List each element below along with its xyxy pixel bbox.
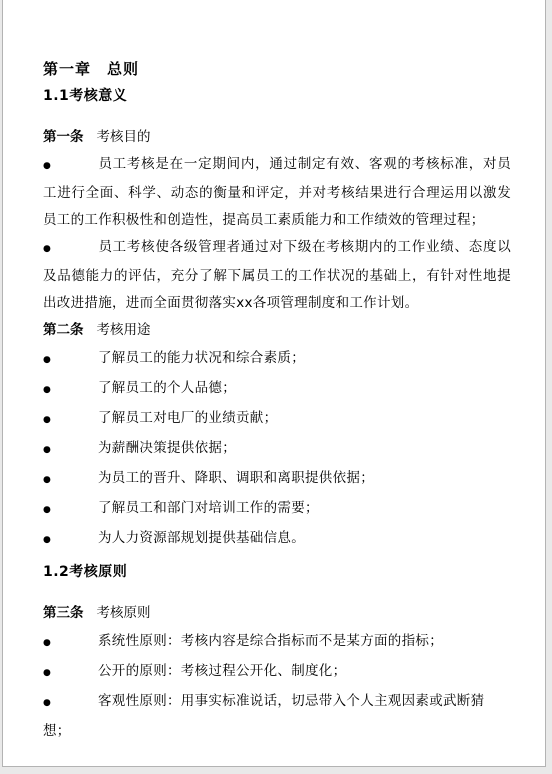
bullet-item: ●公开的原则：考核过程公开化、制度化； [43, 657, 511, 687]
bullet-item: ●了解员工的个人品德； [43, 374, 511, 404]
bullet-icon: ● [43, 376, 98, 404]
bullet-icon: ● [43, 236, 98, 263]
bullet-item: ●为员工的晋升、降职、调职和离职提供依据； [43, 464, 511, 494]
bullet-text: 系统性原则：考核内容是综合指标而不是某方面的指标； [98, 633, 443, 649]
article-label: 第二条 [43, 322, 84, 338]
bullet-icon: ● [43, 153, 98, 180]
bullet-icon: ● [43, 406, 98, 434]
bullet-icon: ● [43, 659, 98, 687]
article-label: 第三条 [43, 605, 84, 621]
bullet-icon: ● [43, 629, 98, 657]
bullet-text: 了解员工的个人品德； [98, 380, 236, 396]
article-title: 考核原则 [97, 605, 151, 621]
bullet-text: 员工考核使各级管理者通过对下级在考核期内的工作业绩、态度以及品德能力的评估，充分… [43, 239, 511, 311]
bullet-item: ●了解员工对电厂的业绩贡献； [43, 404, 511, 434]
bullet-text: 了解员工的能力状况和综合素质； [98, 350, 305, 366]
bullet-text: 了解员工和部门对培训工作的需要； [98, 500, 319, 516]
bullet-text: 员工考核是在一定期间内，通过制定有效、客观的考核标准，对员工进行全面、科学、动态… [43, 156, 511, 228]
article-label: 第一条 [43, 129, 84, 145]
bullet-icon: ● [43, 436, 98, 464]
bullet-icon: ● [43, 346, 98, 374]
bullet-text: 为薪酬决策提供依据； [98, 440, 236, 456]
bullet-icon: ● [43, 466, 98, 494]
bullet-item: ●了解员工的能力状况和综合素质； [43, 344, 511, 374]
bullet-text: 了解员工对电厂的业绩贡献； [98, 410, 277, 426]
bullet-icon: ● [43, 496, 98, 524]
article-heading-3: 第三条考核原则 [43, 600, 511, 627]
bullet-item: ●客观性原则：用事实标准说话，切忌带入个人主观因素或武断猜想； [43, 687, 511, 745]
article-heading-1: 第一条考核目的 [43, 124, 511, 151]
document-page: 第一章 总则 1.1考核意义 第一条考核目的 ●员工考核是在一定期间内，通过制定… [2, 0, 546, 767]
document-content: 第一章 总则 1.1考核意义 第一条考核目的 ●员工考核是在一定期间内，通过制定… [3, 0, 545, 745]
bullet-text: 为人力资源部规划提供基础信息。 [98, 530, 305, 546]
article-title: 考核用途 [97, 322, 151, 338]
bullet-item: ●了解员工和部门对培训工作的需要； [43, 494, 511, 524]
article-title: 考核目的 [97, 129, 151, 145]
bullet-text: 公开的原则：考核过程公开化、制度化； [98, 663, 346, 679]
bullet-item: ●为薪酬决策提供依据； [43, 434, 511, 464]
bullet-text: 为员工的晋升、降职、调职和离职提供依据； [98, 470, 374, 486]
section-heading-1-2: 1.2考核原则 [43, 564, 511, 581]
bullet-item: ●为人力资源部规划提供基础信息。 [43, 524, 511, 554]
bullet-icon: ● [43, 689, 98, 717]
bullet-text: 客观性原则：用事实标准说话，切忌带入个人主观因素或武断猜想； [43, 693, 484, 739]
chapter-heading: 第一章 总则 [43, 60, 511, 78]
article-heading-2: 第二条考核用途 [43, 317, 511, 344]
bullet-item: ●系统性原则：考核内容是综合指标而不是某方面的指标； [43, 627, 511, 657]
bullet-item: ●员工考核使各级管理者通过对下级在考核期内的工作业绩、态度以及品德能力的评估，充… [43, 234, 511, 317]
bullet-item: ●员工考核是在一定期间内，通过制定有效、客观的考核标准，对员工进行全面、科学、动… [43, 151, 511, 234]
bullet-icon: ● [43, 526, 98, 554]
section-heading-1-1: 1.1考核意义 [43, 88, 511, 105]
